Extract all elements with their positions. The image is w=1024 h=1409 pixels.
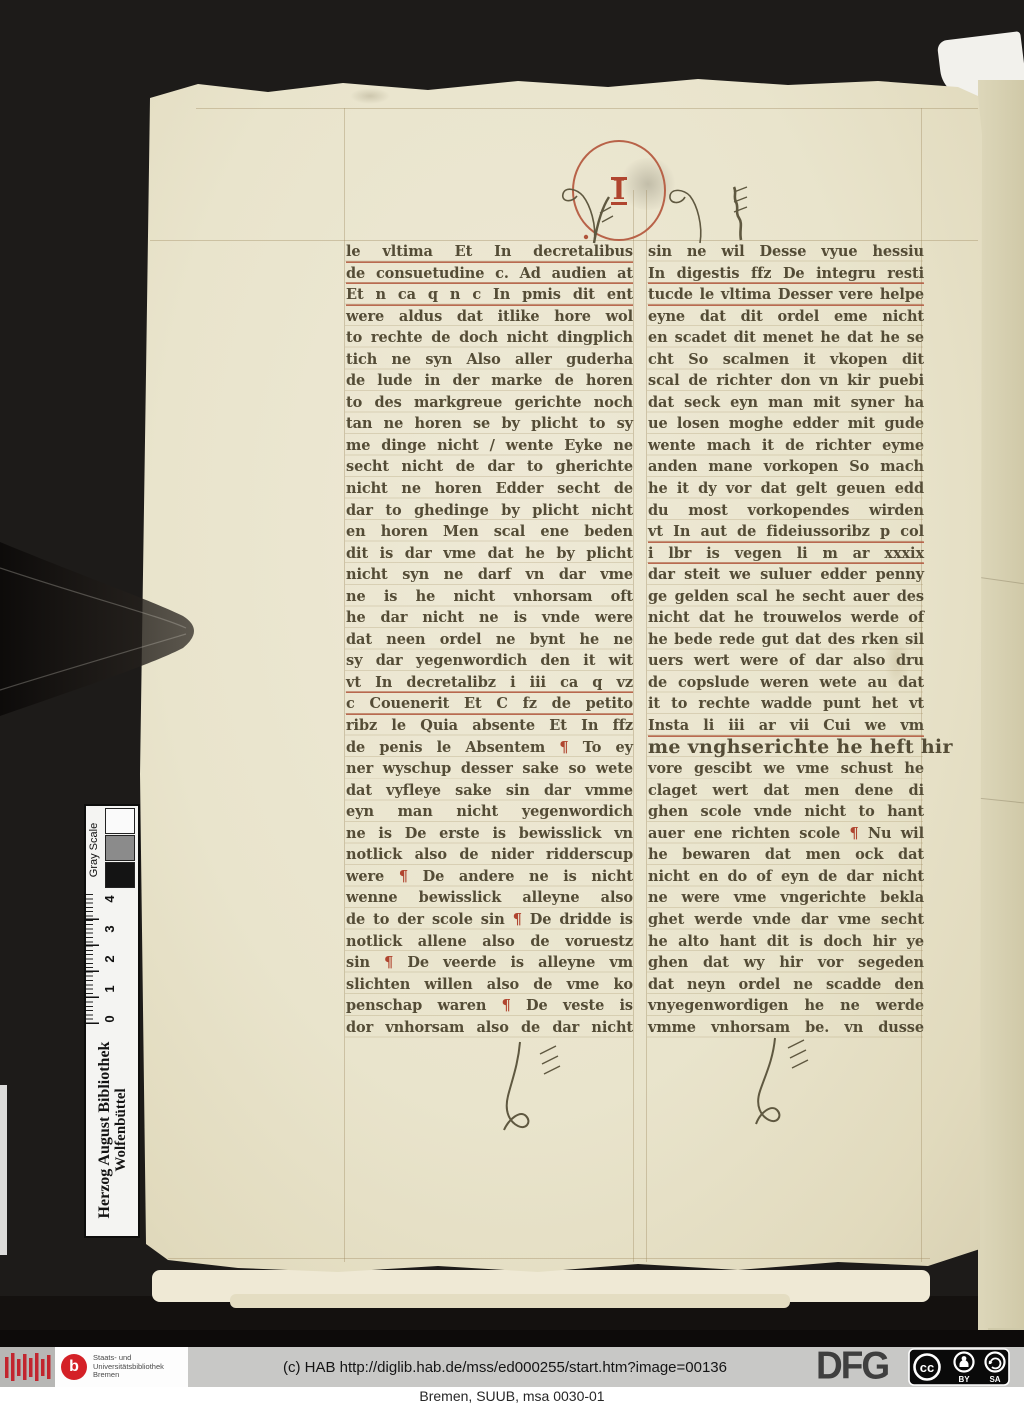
manuscript-line: vt In decretalibz i iii ca q vz	[346, 672, 633, 694]
svg-text:BY: BY	[958, 1375, 970, 1384]
manuscript-line: me dinge nicht / wente Eyke ne	[346, 435, 633, 457]
manuscript-line: he bewaren dat men ock dat	[648, 844, 924, 866]
manuscript-line: dar steit we suluer edder penny	[648, 564, 924, 586]
manuscript-line: were ¶ De andere ne is nicht	[346, 866, 633, 888]
pilcrow-mark: ¶	[849, 825, 858, 842]
manuscript-line: de copslude weren wete au dat	[648, 672, 924, 694]
barcode-logo	[0, 1347, 55, 1387]
copyright-url-text: (c) HAB http://diglib.hab.de/mss/ed00025…	[200, 1347, 810, 1387]
text-column-right: sin ne wil Desse vyue hessiuIn digestis …	[648, 241, 924, 1038]
manuscript-line: eyn man nicht yegenwordich	[346, 801, 633, 823]
svg-text:SA: SA	[989, 1375, 1000, 1384]
manuscript-line: were aldus dat itlike hore wol	[346, 306, 633, 328]
ruler-major-ticks	[86, 894, 99, 1024]
manuscript-line: dor vnhorsam also de dar nicht	[346, 1017, 633, 1039]
manuscript-line: du most vorkopendes wirden	[648, 500, 924, 522]
manuscript-line: dar to ghedinge by plicht nicht	[346, 500, 633, 522]
manuscript-line: wente mach it de richter eyme	[648, 435, 924, 457]
manuscript-line: dat seck eyn man mit syner ha	[648, 392, 924, 414]
manuscript-line: nicht syn ne darf vn dar vme	[346, 564, 633, 586]
folio-number: I	[611, 177, 628, 205]
manuscript-line: to rechte de doch nicht dingplich	[346, 327, 633, 349]
shelfmark-text: Bremen, SUUB, msa 0030-01	[419, 1388, 604, 1404]
pilcrow-mark: ¶	[502, 997, 511, 1014]
gray-scale-patches	[105, 807, 135, 888]
manuscript-line: de consuetudine c. Ad audien at	[346, 263, 633, 285]
text-column-left: le vltima Et In decretalibusde consuetud…	[346, 241, 633, 1038]
library-name-line2: Wolfenbüttel	[113, 1088, 129, 1171]
manuscript-line: notlick also de nider ridderscup	[346, 844, 633, 866]
manuscript-line: vt In aut de fideiussoribz p col	[648, 521, 924, 543]
pilcrow-mark: ¶	[384, 954, 393, 971]
suub-b-icon: b	[61, 1354, 87, 1380]
manuscript-line: ne were vme vngerichte bekla	[648, 887, 924, 909]
manuscript-line: dit is dar vme dat he by plicht	[346, 543, 633, 565]
manuscript-line: Et n ca q n c In pmis dit ent	[346, 284, 633, 306]
manuscript-line: c Couenerit Et C fz de petito	[346, 693, 633, 715]
manuscript-line: ne is De erste is bewisslick vn	[346, 823, 633, 845]
ruler-numbers: 01234	[102, 894, 117, 1024]
digitized-manuscript-photo: I le vltima Et In decretalibusde consuet…	[0, 0, 1024, 1409]
pilcrow-mark: ¶	[559, 739, 568, 756]
manuscript-line: vore gescibt we vme schust he	[648, 758, 924, 780]
gray-patch	[105, 862, 135, 888]
manuscript-line: de lude in der marke de horen	[346, 370, 633, 392]
manuscript-line: de to der scole sin ¶ De dridde is	[346, 909, 633, 931]
manuscript-line: In digestis ffz De integru resti	[648, 263, 924, 285]
manuscript-line: wenne bewisslick alleyne also	[346, 887, 633, 909]
manuscript-line: le vltima Et In decretalibus	[346, 241, 633, 263]
calibration-ruler-face: Herzog August Bibliothek Wolfenbüttel 01…	[86, 806, 138, 1236]
manuscript-line: uers wert were of dar also dru	[648, 650, 924, 672]
suub-bremen-text: Staats- und Universitätsbibliothek Breme…	[93, 1354, 164, 1380]
manuscript-line: he alto hant dit is doch hir ye	[648, 931, 924, 953]
svg-text:cc: cc	[920, 1360, 934, 1375]
folio-number-circle: I	[572, 140, 666, 241]
manuscript-line: nicht ne horen Edder secht de	[346, 478, 633, 500]
manuscript-line: en scadet dit menet he dat he se	[648, 327, 924, 349]
manuscript-line: dat neen ordel ne bynt he ne	[346, 629, 633, 651]
manuscript-line: tucde le vltima Desser vere helpe	[648, 284, 924, 306]
manuscript-line: en horen Men scal ene beden	[346, 521, 633, 543]
ruler-number: 3	[102, 924, 117, 934]
pilcrow-mark: ¶	[399, 868, 408, 885]
manuscript-line: me vnghserichte he heft hir	[648, 737, 924, 759]
ruler-number: 2	[102, 954, 117, 964]
cc-by-sa-badge: cc BY SA	[908, 1348, 1010, 1386]
manuscript-line: vnyegenwordigen he ne werde	[648, 995, 924, 1017]
page-behind-2	[230, 1294, 790, 1308]
pilcrow-mark: ¶	[513, 911, 522, 928]
manuscript-line: ghet werde vnde dar vme secht	[648, 909, 924, 931]
manuscript-line: claget wert dat men dene di	[648, 780, 924, 802]
manuscript-line: anden mane vorkopen So mach	[648, 456, 924, 478]
manuscript-line: tan ne horen se by plicht to sy	[346, 413, 633, 435]
library-name-label: Herzog August Bibliothek Wolfenbüttel	[86, 1024, 138, 1236]
gray-patch	[105, 835, 135, 861]
frame-ruling	[168, 1258, 930, 1259]
fore-edge-crease	[978, 798, 1024, 804]
manuscript-line: sin ¶ De veerde is alleyne vm	[346, 952, 633, 974]
manuscript-line: eyne dat dit ordel eme nicht	[648, 306, 924, 328]
manuscript-line: sin ne wil Desse vyue hessiu	[648, 241, 924, 263]
manuscript-line: ribz le Quia absente Et In ffz	[346, 715, 633, 737]
manuscript-line: vmme vnhorsam be. vn dusse	[648, 1017, 924, 1039]
ruler-scale: 01234	[86, 894, 138, 1024]
manuscript-line: to des markgreue gerichte noch	[346, 392, 633, 414]
book-fore-edge	[978, 80, 1024, 1336]
manuscript-line: sy dar yegenwordich den it wit	[346, 650, 633, 672]
manuscript-line: dat neyn ordel ne scadde den	[648, 974, 924, 996]
manuscript-line: cht So scalmen it vkopen dit	[648, 349, 924, 371]
manuscript-line: slichten willen also de vme ko	[346, 974, 633, 996]
fore-edge-crease	[978, 577, 1024, 584]
manuscript-line: ghen scole vnde nicht to hant	[648, 801, 924, 823]
shelfmark-strip: Bremen, SUUB, msa 0030-01	[0, 1387, 1024, 1409]
manuscript-line: ner wyschup desser sake so wete	[346, 758, 633, 780]
suub-bremen-logo: b Staats- und Universitätsbibliothek Bre…	[55, 1347, 188, 1387]
gray-scale-card: Gray Scale	[86, 806, 138, 894]
calibration-card-edge	[0, 1085, 7, 1255]
frame-ruling	[196, 108, 978, 109]
manuscript-line: Insta li iii ar vii Cui we vm	[648, 715, 924, 737]
manuscript-line: he it dy vor dat gelt geuen edd	[648, 478, 924, 500]
dfg-logo: DFG	[816, 1343, 912, 1389]
manuscript-line: tich ne syn Also aller guderha	[346, 349, 633, 371]
ruler-number: 0	[102, 1014, 117, 1024]
manuscript-line: i lbr is vegen li m ar xxxix	[648, 543, 924, 565]
ruler-number: 4	[102, 894, 117, 904]
manuscript-line: ghen dat wy hir vor segeden	[648, 952, 924, 974]
manuscript-line: auer ene richten scole ¶ Nu wil	[648, 823, 924, 845]
manuscript-line: it to rechte wadde punt het vt	[648, 693, 924, 715]
manuscript-line: dat vyfleye sake sin dar vmme	[346, 780, 633, 802]
manuscript-line: ge gelden scal he secht auer des	[648, 586, 924, 608]
manuscript-line: notlick allene also de voruestz	[346, 931, 633, 953]
frame-ruling	[633, 190, 634, 1262]
gray-scale-label: Gray Scale	[88, 806, 100, 894]
manuscript-line: secht nicht de dar to gherichte	[346, 456, 633, 478]
gray-patch	[105, 808, 135, 834]
stain	[350, 88, 390, 104]
manuscript-line: scal de richter don vn kir puebi	[648, 370, 924, 392]
manuscript-line: ue losen moghe edder mit gude	[648, 413, 924, 435]
manuscript-line: de penis le Absentem ¶ To ey	[346, 737, 633, 759]
manuscript-line: penschap waren ¶ De veste is	[346, 995, 633, 1017]
manuscript-line: nicht dat he trouwelos werde of	[648, 607, 924, 629]
manuscript-line: ne is he nicht vnhorsam oft	[346, 586, 633, 608]
manuscript-line: he dar nicht ne is vnde were	[346, 607, 633, 629]
manuscript-line: he bede rede gut dat des rken sil	[648, 629, 924, 651]
manuscript-line: nicht en do of eyn de dar nicht	[648, 866, 924, 888]
calibration-ruler: Herzog August Bibliothek Wolfenbüttel 01…	[86, 806, 138, 1236]
ruler-number: 1	[102, 984, 117, 994]
library-name-line1: Herzog August Bibliothek	[96, 1042, 113, 1219]
